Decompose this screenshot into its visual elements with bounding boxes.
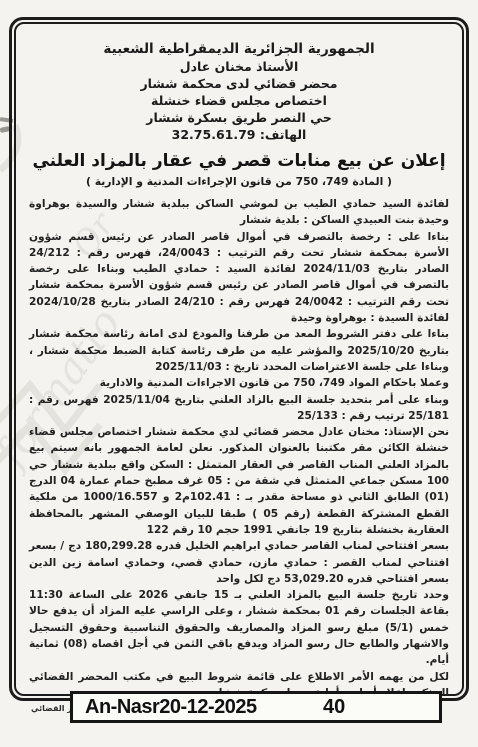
paragraph-opening-prices: بسعر افتتاحي لمناب القاصر حمادي ابراهيم … bbox=[29, 538, 449, 587]
paragraph-property-description: نحن الإستاذ: مخنان عادل محضر قضائي لدي م… bbox=[29, 424, 449, 538]
document-content: الجمهورية الجزائرية الديمقراطية الشعبية … bbox=[19, 27, 459, 691]
paragraph-sale-session-order: وبناء على أمر بتحديد جلسة البيع بالزاد ا… bbox=[29, 392, 449, 425]
paragraph-guardianship-permits: بناءا على : رخصة بالتصرف في أموال قاصر ا… bbox=[29, 229, 449, 327]
announcement-title: إعلان عن بيع منابات قصر في عقار بالمزاد … bbox=[29, 150, 449, 172]
newspaper-footer: An-Nasr20-12-2025 40 bbox=[70, 691, 442, 723]
letterhead-address: حي النصر طريق بسكرة ششار bbox=[29, 109, 449, 126]
letterhead-bailiff-name: الأستاذ مخنان عادل bbox=[29, 58, 449, 75]
paragraph-legal-basis: وعملا باحكام المواد 749، 750 من قانون ال… bbox=[29, 375, 449, 391]
letterhead-jurisdiction: اختصاص مجلس قضاء خنشلة bbox=[29, 92, 449, 109]
page-number: 40 bbox=[323, 696, 345, 719]
legal-articles-reference: ( المادة 749، 750 من قانون الإجراءات الم… bbox=[29, 175, 449, 188]
paragraph-conditions-register: بناءا على دفتر الشروط المعد من طرفنا وال… bbox=[29, 326, 449, 375]
scanned-newspaper-announcement: formatio Or الجمهورية الجزائرية الديمقرا… bbox=[0, 0, 478, 747]
letterhead-phone: الهاتف: 32.75.61.79 bbox=[29, 126, 449, 143]
document-border-frame: الجمهورية الجزائرية الديمقراطية الشعبية … bbox=[9, 17, 469, 701]
announcement-body: لفائدة السيد حمادي الطيب بن لموشي الساكن… bbox=[29, 196, 449, 701]
paragraph-beneficiaries: لفائدة السيد حمادي الطيب بن لموشي الساكن… bbox=[29, 196, 449, 229]
newspaper-name-date: An-Nasr20-12-2025 bbox=[73, 696, 257, 719]
paragraph-auction-terms: وحدد تاريخ جلسة البيع بالمزاد العلني بـ … bbox=[29, 587, 449, 668]
letterhead-republic-line: الجمهورية الجزائرية الديمقراطية الشعبية bbox=[29, 41, 449, 58]
letterhead-bailiff-title: محضر قضائي لدى محكمة ششار bbox=[29, 75, 449, 92]
letterhead: الجمهورية الجزائرية الديمقراطية الشعبية … bbox=[29, 41, 449, 143]
